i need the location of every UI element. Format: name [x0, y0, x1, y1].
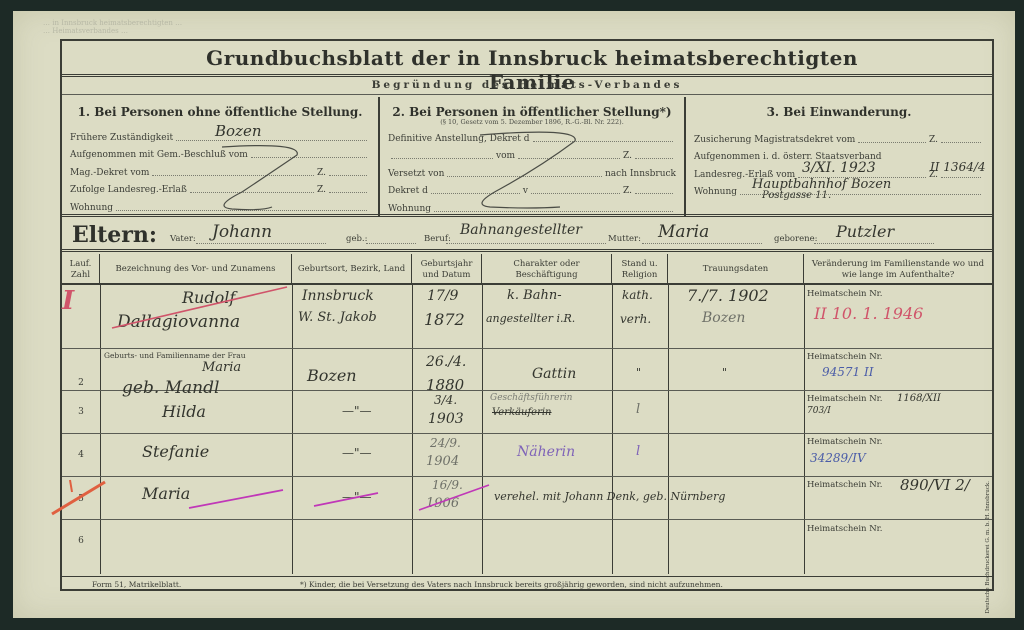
birth-year: 1903: [428, 411, 464, 427]
name-first: Maria: [202, 360, 241, 375]
field-label: Wohnung: [388, 204, 431, 214]
mutter-value: Maria: [658, 222, 709, 242]
birth-date: 17/9: [427, 288, 458, 304]
geborene-field[interactable]: [814, 243, 934, 244]
heimatschein-value: 890/VI 2/: [900, 476, 970, 494]
magenta-strike-icon: [187, 486, 287, 511]
faded-header-line: … Heimatsverbandes …: [43, 27, 182, 35]
marriage-place: Bozen: [702, 310, 745, 326]
col-name: Bezeichnung des Vor- und Zunamens: [100, 254, 292, 285]
birthplace: Innsbruck: [302, 288, 374, 304]
field-label: Zusicherung Magistratsdekret vom: [694, 135, 855, 145]
heimatschein-value: II 10. 1. 1946: [814, 304, 923, 323]
occupation-note: verehel. mit Johann Denk, geb. Nürnberg: [494, 490, 725, 503]
beruf-field[interactable]: [446, 243, 606, 244]
nach-innsbruck-label: nach Innsbruck: [605, 169, 676, 179]
field-wohnung[interactable]: Wohnung Hauptbahnhof Bozen Postgasse 11.: [694, 180, 984, 198]
birthplace: —"—: [342, 446, 372, 460]
geb-label: geb.:: [346, 234, 367, 244]
row-number: 6: [62, 536, 100, 546]
red-mark: I: [62, 286, 74, 316]
birth-date: 3/4.: [434, 393, 457, 407]
field-label: Versetzt von: [388, 169, 444, 179]
field-label: Wohnung: [70, 203, 113, 213]
field-label: Zufolge Landesreg.-Erlaß: [70, 185, 187, 195]
heimatschein-label: Heimatschein Nr.: [807, 289, 883, 299]
vater-label: Vater:: [170, 234, 196, 244]
vater-field[interactable]: [196, 243, 326, 244]
occupation: Gattin: [532, 366, 576, 382]
col-religion: Stand u. Religion: [612, 254, 668, 285]
col-trauungsdaten: Trauungsdaten: [668, 254, 804, 285]
title-bar: Grundbuchsblatt der in Innsbruck heimats…: [62, 41, 992, 77]
field-label: Frühere Zuständigkeit: [70, 133, 173, 143]
handwritten-address-2: Postgasse 11.: [762, 190, 831, 201]
cancel-stroke-icon: [202, 137, 322, 217]
occupation-2: Verkäuferin: [492, 407, 552, 418]
name-first: Hilda: [162, 402, 206, 421]
row-number: 4: [62, 450, 100, 460]
heimatschein-value: 94571 II: [822, 365, 873, 379]
marriage-date: 7./7. 1902: [687, 286, 769, 305]
col-geburtsort: Geburtsort, Bezirk, Land: [292, 254, 412, 285]
religion: l: [636, 444, 640, 459]
mutter-label: Mutter:: [608, 234, 641, 244]
vater-value: Johann: [212, 222, 272, 242]
section-2: 2. Bei Personen in öffentlicher Stellung…: [380, 97, 686, 217]
section-1: 1. Bei Personen ohne öffentliche Stellun…: [62, 97, 380, 217]
footnote: *) Kinder, die bei Versetzung des Vaters…: [300, 580, 723, 589]
col-geburtsjahr: Geburtsjahr und Datum: [412, 254, 482, 285]
birth-year: 1872: [424, 310, 465, 329]
row-number: 3: [62, 407, 100, 417]
red-strike-icon: [50, 474, 110, 524]
col-lauf-zahl: Lauf. Zahl: [62, 254, 100, 285]
z-label: Z.: [623, 186, 632, 196]
section-1-title: 1. Bei Personen ohne öffentliche Stellun…: [70, 105, 370, 119]
parents-row: Eltern: Vater: Johann geb.: Beruf: Bahna…: [62, 219, 992, 252]
birthplace: —"—: [342, 404, 372, 418]
mutter-field[interactable]: [642, 243, 762, 244]
geborene-value: Putzler: [836, 222, 894, 241]
handwritten-date: 3/XI. 1923: [802, 160, 876, 176]
heimatschein-label: Heimatschein Nr.: [807, 437, 883, 447]
table-header: Lauf. Zahl Bezeichnung des Vor- und Zuna…: [62, 254, 992, 285]
geb-field[interactable]: [366, 243, 416, 244]
printer-imprint: Deutsche Buchdruckerei G. m. b. H. Innsb…: [985, 481, 991, 613]
heimatschein-value-2: 703/I: [807, 406, 831, 416]
cancel-stroke-icon: [450, 127, 590, 212]
field-label: Mag.-Dekret vom: [70, 168, 149, 178]
religion: l: [636, 402, 640, 417]
document-sheet: … in Innsbruck heimatsberechtigten … … H…: [13, 11, 1015, 618]
birth-year: 1880: [426, 376, 464, 394]
religion: ": [636, 366, 641, 379]
section-2-subtitle: (§ 10, Gesetz vom 5. Dezember 1896, R.-G…: [388, 118, 676, 126]
section-2-title: 2. Bei Personen in öffentlicher Stellung…: [388, 105, 676, 119]
birth-date: 24/9.: [430, 436, 461, 450]
footer: Form 51, Matrikelblatt. *) Kinder, die b…: [62, 576, 992, 590]
red-strike-icon: [102, 284, 292, 334]
form-frame: Grundbuchsblatt der in Innsbruck heimats…: [60, 39, 994, 591]
z-label: Z.: [623, 151, 632, 161]
occupation: Geschäftsführerin: [490, 393, 572, 403]
magenta-strike-icon: [417, 482, 492, 512]
family-table: Lauf. Zahl Bezeichnung des Vor- und Zuna…: [62, 254, 992, 574]
faded-header-line: … in Innsbruck heimatsberechtigten …: [43, 19, 182, 27]
col-veraenderung: Veränderung im Familienstande wo und wie…: [804, 254, 992, 285]
section-3: 3. Bei Einwanderung. Zusicherung Magistr…: [686, 97, 992, 217]
birthplace-2: W. St. Jakob: [298, 310, 377, 325]
form-number: Form 51, Matrikelblatt.: [92, 580, 181, 589]
occupation: k. Bahn-: [507, 288, 562, 303]
sections-row: 1. Bei Personen ohne öffentliche Stellun…: [62, 97, 992, 217]
name-first: Stefanie: [142, 442, 209, 461]
faded-header: … in Innsbruck heimatsberechtigten … … H…: [43, 19, 182, 35]
parents-title: Eltern:: [72, 222, 157, 248]
name-last: geb. Mandl: [122, 378, 219, 398]
geborene-label: geborene:: [774, 234, 818, 244]
marriage-date: ": [722, 366, 727, 379]
field-zusicherung[interactable]: Zusicherung Magistratsdekret vom Z.: [694, 127, 984, 145]
religion-2: verh.: [620, 312, 651, 326]
name-first: Maria: [142, 484, 190, 503]
religion: kath.: [622, 288, 653, 302]
heimatschein-label: Heimatschein Nr.: [807, 352, 883, 362]
field-label: Wohnung: [694, 187, 737, 197]
heimatschein-label: Heimatschein Nr.: [807, 480, 883, 490]
birth-date: 26./4.: [426, 354, 466, 370]
heimatschein-label: Heimatschein Nr.: [807, 394, 883, 404]
heimatschein-value: 34289/IV: [810, 451, 866, 465]
field-label: Dekret d: [388, 186, 428, 196]
page-subtitle: Begründung des Heimats-Verbandes: [62, 79, 992, 95]
beruf-value: Bahnangestellter: [460, 222, 582, 238]
birth-year: 1904: [426, 454, 459, 469]
occupation: Näherin: [517, 444, 575, 460]
row-number: 2: [62, 378, 100, 388]
heimatschein-value: 1168/XII: [897, 393, 941, 404]
z-label: Z.: [929, 135, 938, 145]
magenta-strike-icon: [312, 489, 382, 509]
birthplace: Bozen: [307, 366, 357, 385]
section-3-title: 3. Bei Einwanderung.: [694, 105, 984, 119]
col-charakter: Charakter oder Beschäftigung: [482, 254, 612, 285]
handwritten-number: II 1364/4: [930, 160, 986, 174]
frau-label: Geburts- und Familienname der Frau: [104, 351, 246, 360]
occupation-2: angestellter i.R.: [486, 312, 575, 325]
heimatschein-label: Heimatschein Nr.: [807, 524, 883, 534]
